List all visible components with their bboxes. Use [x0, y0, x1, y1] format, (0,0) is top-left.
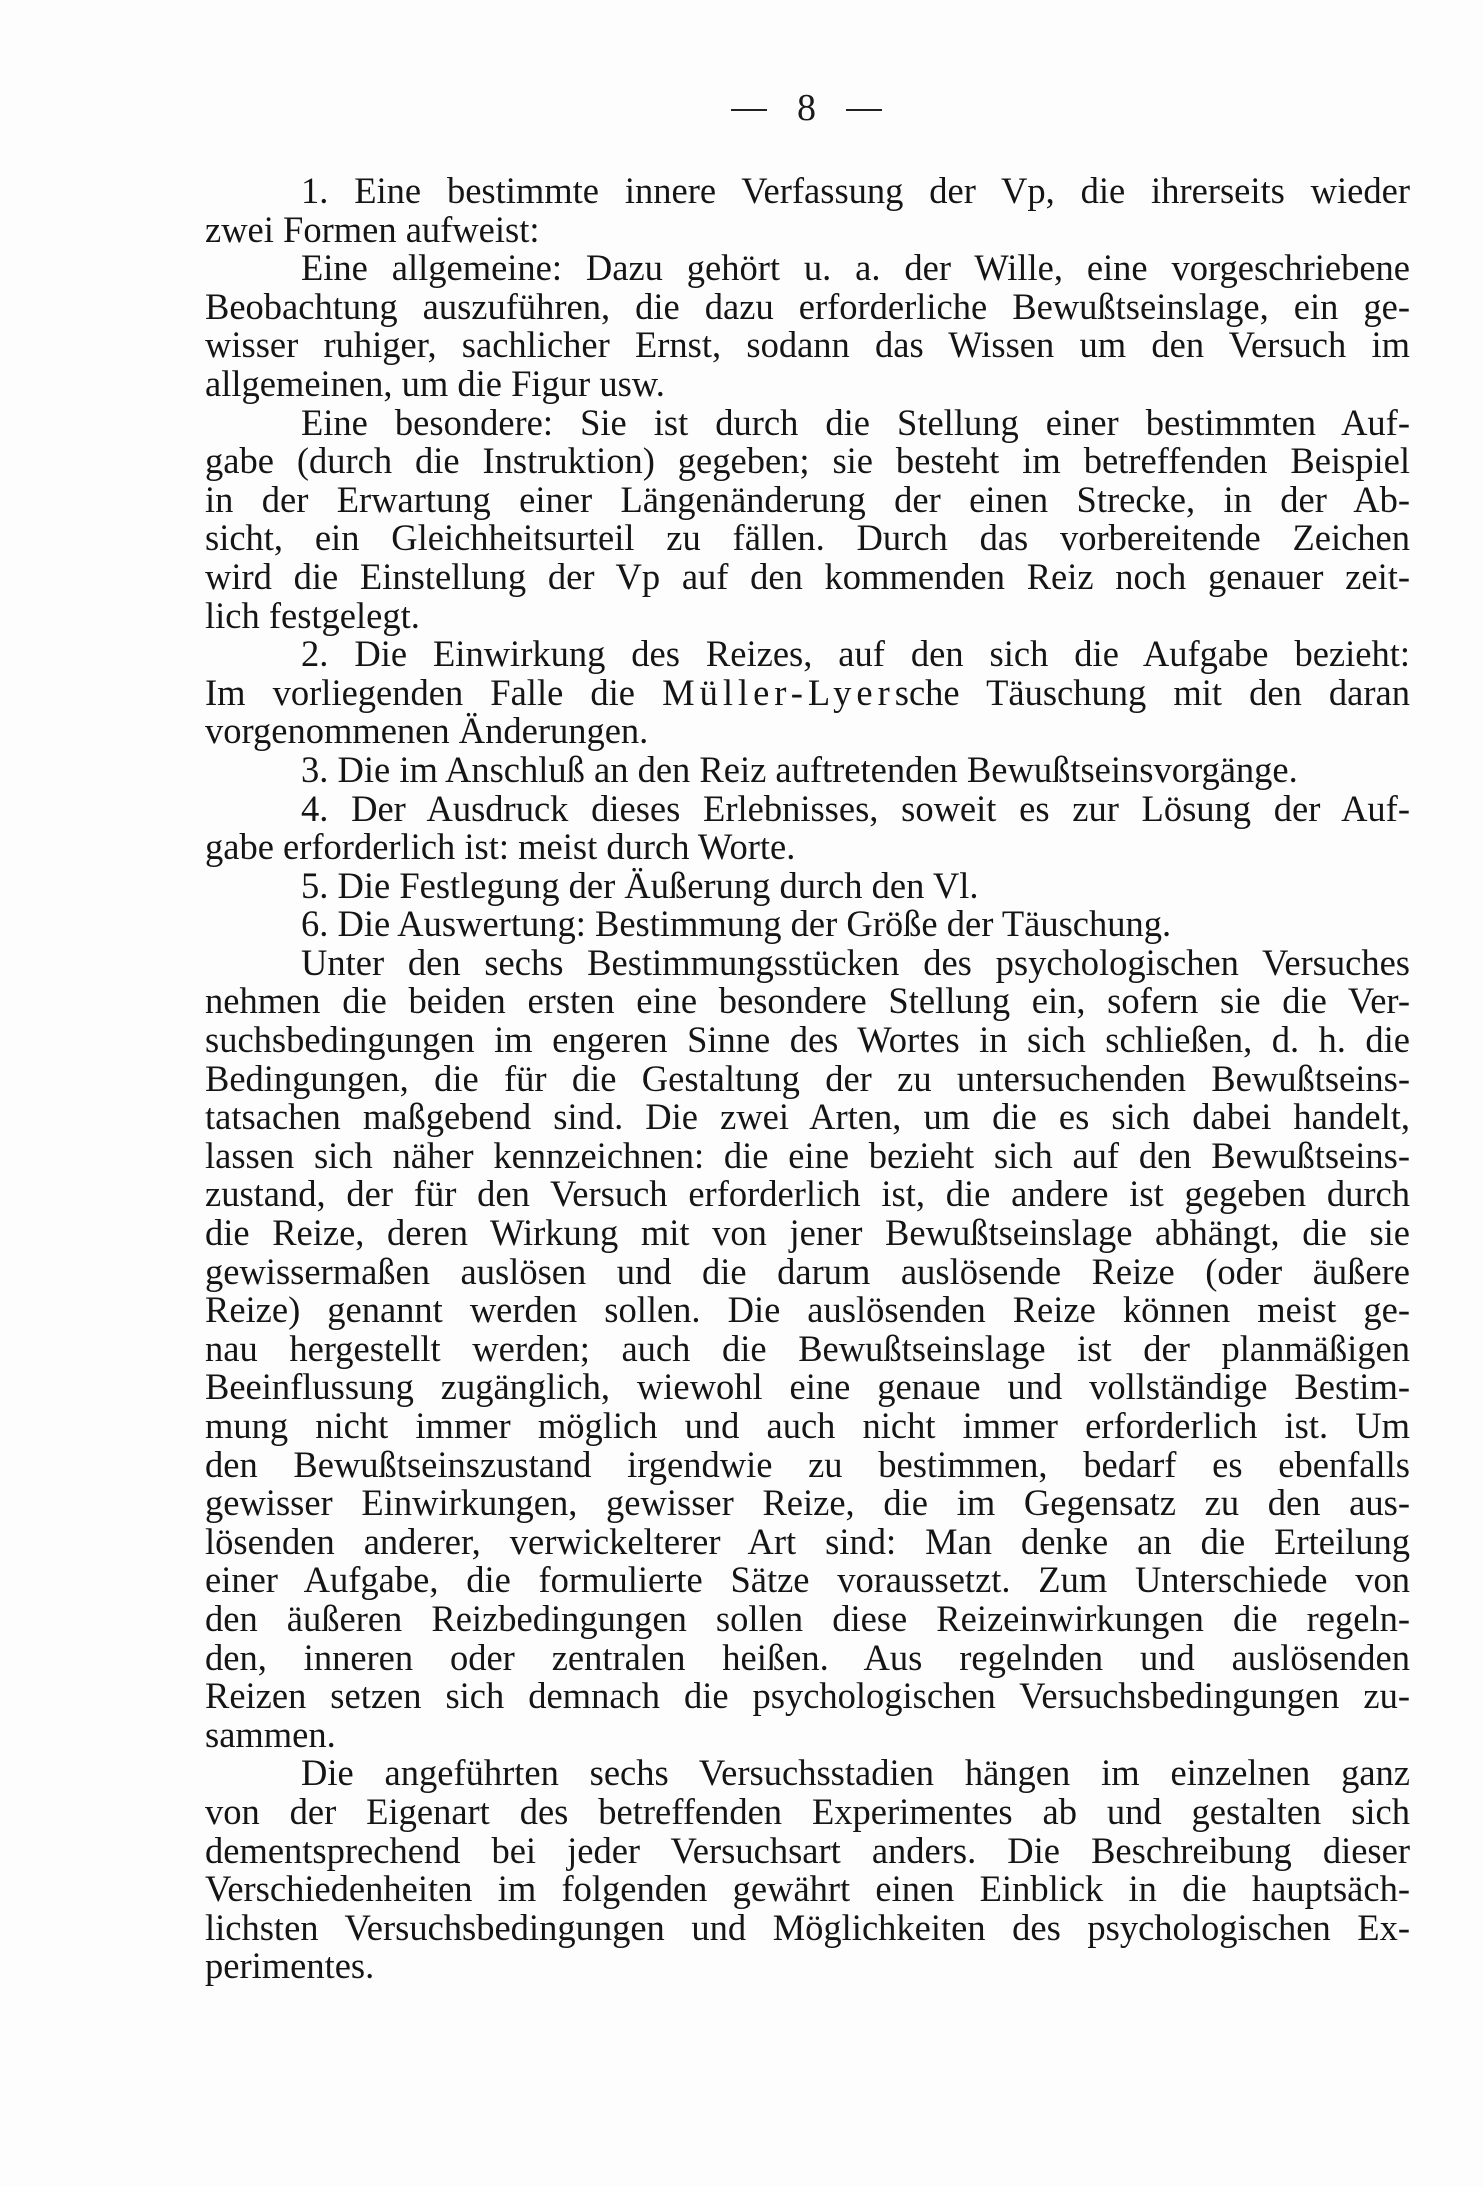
text-line: vorgenommenen Änderungen.	[205, 712, 1410, 751]
left-dash	[731, 109, 767, 111]
paragraph-first-line: Die angeführten sechs Versuchsstadien hä…	[205, 1754, 1410, 1793]
text-line: einer Aufgabe, die formulierte Sätze vor…	[205, 1561, 1410, 1600]
text-line: den Bewußtseinszustand irgendwie zu best…	[205, 1446, 1410, 1485]
paragraph-first-line: Eine allgemeine: Dazu gehört u. a. der W…	[205, 249, 1410, 288]
text-line: tatsachen maßgebend sind. Die zwei Arten…	[205, 1098, 1410, 1137]
text-line: Beobachtung auszuführen, die dazu erford…	[205, 288, 1410, 327]
paragraph-first-line: 3. Die im Anschluß an den Reiz auftreten…	[205, 751, 1410, 790]
paragraph-first-line: 2. Die Einwirkung des Reizes, auf den si…	[205, 635, 1410, 674]
paragraph-first-line: Eine besondere: Sie ist durch die Stellu…	[205, 404, 1410, 443]
text-line: sammen.	[205, 1716, 1410, 1755]
document-page: 8 1. Eine bestimmte innere Verfassung de…	[0, 0, 1483, 2187]
text-line: Reize) genannt werden sollen. Die auslös…	[205, 1291, 1410, 1330]
text-line: gewissermaßen auslösen und die darum aus…	[205, 1253, 1410, 1292]
text-line: gabe erforderlich ist: meist durch Worte…	[205, 828, 1410, 867]
emphasized-name: Müller-Lyer	[662, 672, 895, 713]
paragraph-first-line: 5. Die Festlegung der Äußerung durch den…	[205, 867, 1410, 906]
text-line: gabe (durch die Instruktion) gegeben; si…	[205, 442, 1410, 481]
paragraph-first-line: 1. Eine bestimmte innere Verfassung der …	[205, 172, 1410, 211]
paragraph-first-line: 6. Die Auswertung: Bestimmung der Größe …	[205, 905, 1410, 944]
body-text: 1. Eine bestimmte innere Verfassung der …	[205, 172, 1410, 1986]
text-line: die Reize, deren Wirkung mit von jener B…	[205, 1214, 1410, 1253]
text-line: Beeinflussung zugänglich, wiewohl eine g…	[205, 1368, 1410, 1407]
text-line: nehmen die beiden ersten eine besondere …	[205, 982, 1410, 1021]
text-line: suchsbedingungen im engeren Sinne des Wo…	[205, 1021, 1410, 1060]
text-line: nau hergestellt werden; auch die Bewußts…	[205, 1330, 1410, 1369]
text-line: lichsten Versuchsbedingungen und Möglich…	[205, 1909, 1410, 1948]
text-line: perimentes.	[205, 1947, 1410, 1986]
text-line: lich festgelegt.	[205, 597, 1410, 636]
text-line: den äußeren Reizbedingungen sollen diese…	[205, 1600, 1410, 1639]
text-line: Reizen setzen sich demnach die psycholog…	[205, 1677, 1410, 1716]
text-line: dementsprechend bei jeder Versuchsart an…	[205, 1832, 1410, 1871]
text-line: in der Erwartung einer Längenänderung de…	[205, 481, 1410, 520]
text-line: zwei Formen aufweist:	[205, 211, 1410, 250]
text-segment: Im vorliegenden Falle die	[205, 672, 662, 713]
text-line: zustand, der für den Versuch erforderlic…	[205, 1175, 1410, 1214]
paragraph-first-line: Unter den sechs Bestimmungsstücken des p…	[205, 944, 1410, 983]
text-line: Bedingungen, die für die Gestaltung der …	[205, 1060, 1410, 1099]
text-line: wird die Einstellung der Vp auf den komm…	[205, 558, 1410, 597]
text-line: lösenden anderer, verwickelterer Art sin…	[205, 1523, 1410, 1562]
text-line: lassen sich näher kennzeichnen: die eine…	[205, 1137, 1410, 1176]
text-segment: sche Täuschung mit den daran	[895, 672, 1410, 713]
right-dash	[846, 109, 882, 111]
text-line: wisser ruhiger, sachlicher Ernst, sodann…	[205, 326, 1410, 365]
text-line: allgemeinen, um die Figur usw.	[205, 365, 1410, 404]
text-line: Im vorliegenden Falle die Müller-Lyersch…	[205, 674, 1410, 713]
text-line: gewisser Einwirkungen, gewisser Reize, d…	[205, 1484, 1410, 1523]
text-line: mung nicht immer möglich und auch nicht …	[205, 1407, 1410, 1446]
text-line: Verschiedenheiten im folgenden gewährt e…	[205, 1870, 1410, 1909]
page-number-header: 8	[0, 88, 1483, 128]
text-line: den, inneren oder zentralen heißen. Aus …	[205, 1639, 1410, 1678]
paragraph-first-line: 4. Der Ausdruck dieses Erlebnisses, sowe…	[205, 790, 1410, 829]
text-line: von der Eigenart des betreffenden Experi…	[205, 1793, 1410, 1832]
text-line: sicht, ein Gleichheitsurteil zu fällen. …	[205, 519, 1410, 558]
page-number: 8	[797, 86, 816, 130]
